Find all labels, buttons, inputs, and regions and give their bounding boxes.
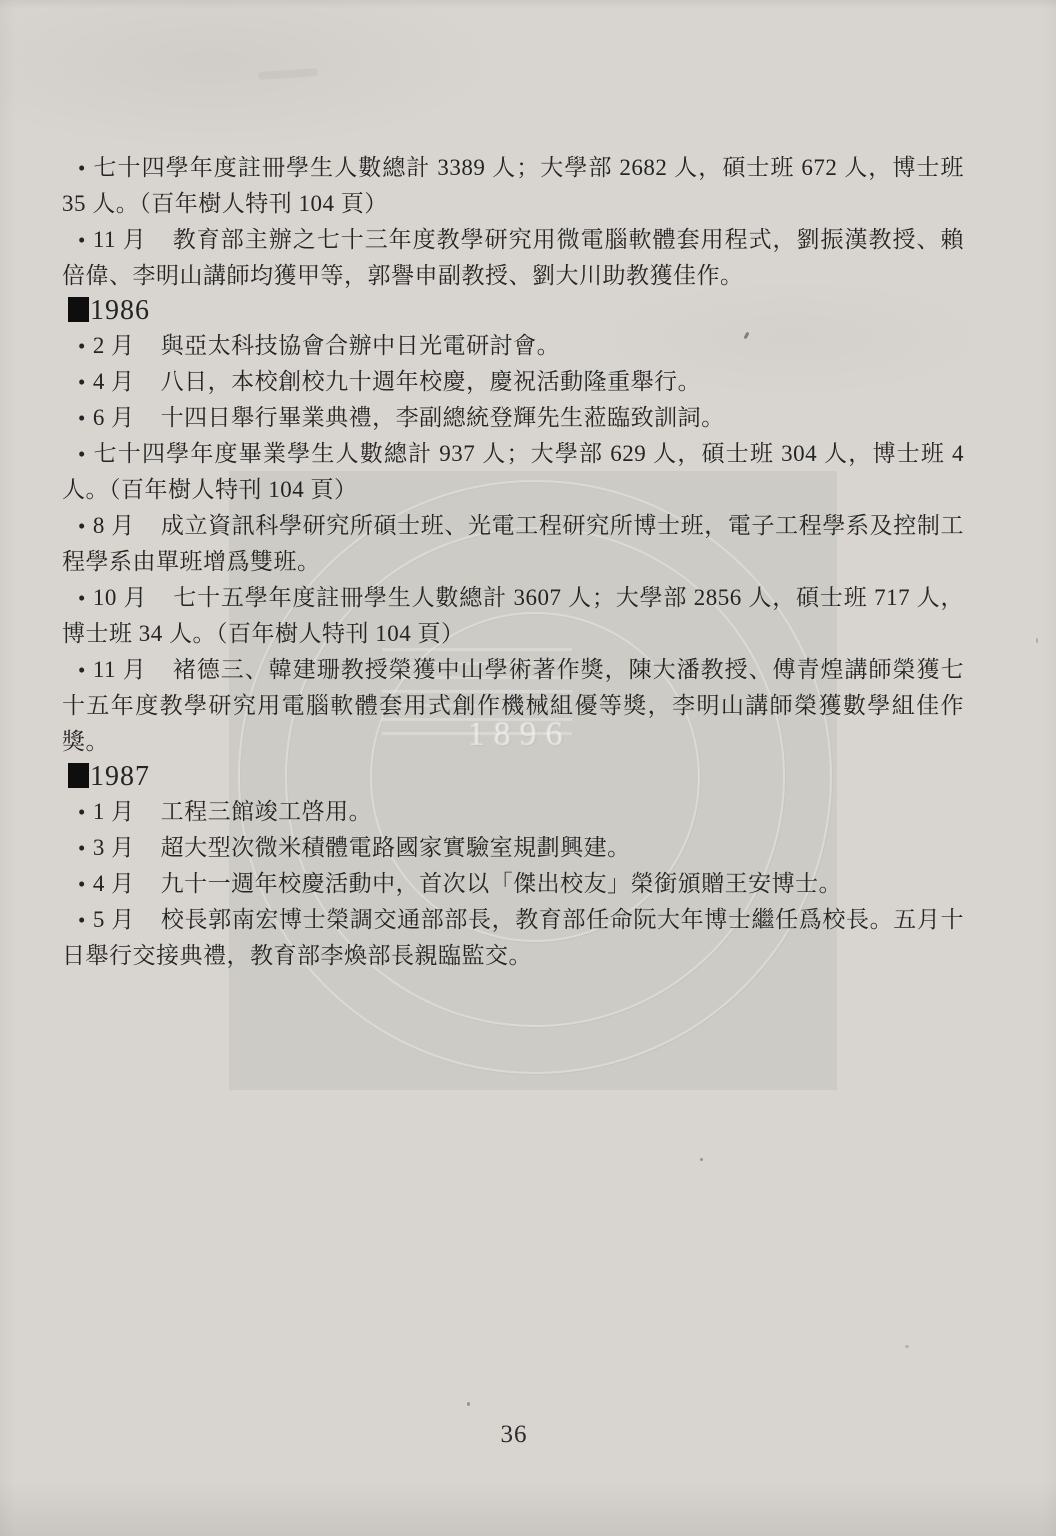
dust-speck (1036, 638, 1038, 643)
entry-text: 九十一週年校慶活動中，首次以「傑出校友」榮銜頒贈王安博士。 (161, 871, 843, 896)
timeline-entry: •6 月十四日舉行畢業典禮，李副總統登輝先生蒞臨致訓詞。 (62, 400, 964, 436)
year-heading-1986: 1986 (62, 294, 964, 328)
bullet-icon: • (78, 908, 86, 932)
bullet-icon: • (78, 586, 86, 610)
entry-month: 4 月 (93, 871, 135, 896)
entry-text: 七十五學年度註冊學生人數總計 3607 人；大學部 2856 人，碩士班 717… (62, 585, 964, 646)
year-label: 1987 (90, 761, 150, 792)
entry-text: 八日，本校創校九十週年校慶，慶祝活動隆重舉行。 (161, 369, 702, 394)
bullet-icon: • (78, 658, 86, 682)
bullet-icon: • (78, 442, 86, 466)
bullet-icon: • (78, 370, 86, 394)
entry-text: 七十四學年度畢業學生人數總計 937 人；大學部 629 人，碩士班 304 人… (62, 441, 964, 502)
entry-text: 校長郭南宏博士榮調交通部部長，教育部任命阮大年博士繼任爲校長。五月十日舉行交接典… (62, 907, 964, 968)
entry-month: 6 月 (93, 405, 135, 430)
bullet-icon: • (78, 836, 86, 860)
timeline-entry: •4 月九十一週年校慶活動中，首次以「傑出校友」榮銜頒贈王安博士。 (62, 866, 964, 902)
entry-month: 1 月 (93, 799, 135, 824)
entry-month: 11 月 (93, 657, 147, 682)
dust-speck (467, 1402, 470, 1406)
bullet-icon: • (78, 334, 86, 358)
timeline-entry: •11 月褚德三、韓建珊教授榮獲中山學術著作獎，陳大潘教授、傅青煌講師榮獲七十五… (62, 652, 964, 760)
timeline-entry: •11 月教育部主辦之七十三年度教學研究用微電腦軟體套用程式，劉振漢教授、賴倍偉… (62, 222, 964, 294)
entry-text: 成立資訊科學研究所碩士班、光電工程研究所博士班，電子工程學系及控制工程學系由單班… (62, 513, 964, 574)
bullet-icon: • (78, 228, 86, 252)
entry-text: 超大型次微米積體電路國家實驗室規劃興建。 (161, 835, 631, 860)
entry-month: 8 月 (93, 513, 135, 538)
page-number: 36 (0, 1421, 1028, 1449)
entry-text: 褚德三、韓建珊教授榮獲中山學術著作獎，陳大潘教授、傅青煌講師榮獲七十五年度教學研… (62, 657, 964, 754)
timeline-entry: •七十四學年度註冊學生人數總計 3389 人；大學部 2682 人，碩士班 67… (62, 150, 964, 222)
timeline-entry: •1 月工程三館竣工啓用。 (62, 794, 964, 830)
entry-text: 教育部主辦之七十三年度教學研究用微電腦軟體套用程式，劉振漢教授、賴倍偉、李明山講… (62, 227, 964, 288)
timeline-entry: •5 月校長郭南宏博士榮調交通部部長，教育部任命阮大年博士繼任爲校長。五月十日舉… (62, 902, 964, 974)
timeline-entry: •2 月與亞太科技協會合辦中日光電研討會。 (62, 328, 964, 364)
entry-month: 11 月 (93, 227, 147, 252)
chronology-text: •七十四學年度註冊學生人數總計 3389 人；大學部 2682 人，碩士班 67… (62, 150, 964, 974)
year-marker-square (68, 297, 89, 322)
bullet-icon: • (78, 872, 86, 896)
entry-month: 5 月 (93, 907, 135, 932)
timeline-entry: •3 月超大型次微米積體電路國家實驗室規劃興建。 (62, 830, 964, 866)
year-label: 1986 (90, 295, 150, 326)
timeline-entry: •七十四學年度畢業學生人數總計 937 人；大學部 629 人，碩士班 304 … (62, 436, 964, 508)
timeline-entry: •8 月成立資訊科學研究所碩士班、光電工程研究所博士班，電子工程學系及控制工程學… (62, 508, 964, 580)
entry-month: 3 月 (93, 835, 135, 860)
entry-text: 與亞太科技協會合辦中日光電研討會。 (161, 333, 561, 358)
dust-speck (700, 1158, 703, 1161)
entry-month: 4 月 (93, 369, 135, 394)
timeline-entry: •10 月七十五學年度註冊學生人數總計 3607 人；大學部 2856 人，碩士… (62, 580, 964, 652)
timeline-entry: •4 月八日，本校創校九十週年校慶，慶祝活動隆重舉行。 (62, 364, 964, 400)
year-marker-square (68, 763, 89, 788)
entry-month: 2 月 (93, 333, 135, 358)
bullet-icon: • (78, 156, 86, 180)
entry-text: 工程三館竣工啓用。 (161, 799, 373, 824)
entry-text: 七十四學年度註冊學生人數總計 3389 人；大學部 2682 人，碩士班 672… (62, 155, 964, 216)
bullet-icon: • (78, 514, 86, 538)
scan-smudge (258, 68, 318, 80)
scanned-document-page: 1896 •七十四學年度註冊學生人數總計 3389 人；大學部 2682 人，碩… (0, 0, 1056, 1536)
bullet-icon: • (78, 406, 86, 430)
dust-speck (905, 1345, 909, 1348)
entry-month: 10 月 (93, 585, 147, 610)
year-heading-1987: 1987 (62, 760, 964, 794)
entry-text: 十四日舉行畢業典禮，李副總統登輝先生蒞臨致訓詞。 (161, 405, 725, 430)
bullet-icon: • (78, 800, 86, 824)
